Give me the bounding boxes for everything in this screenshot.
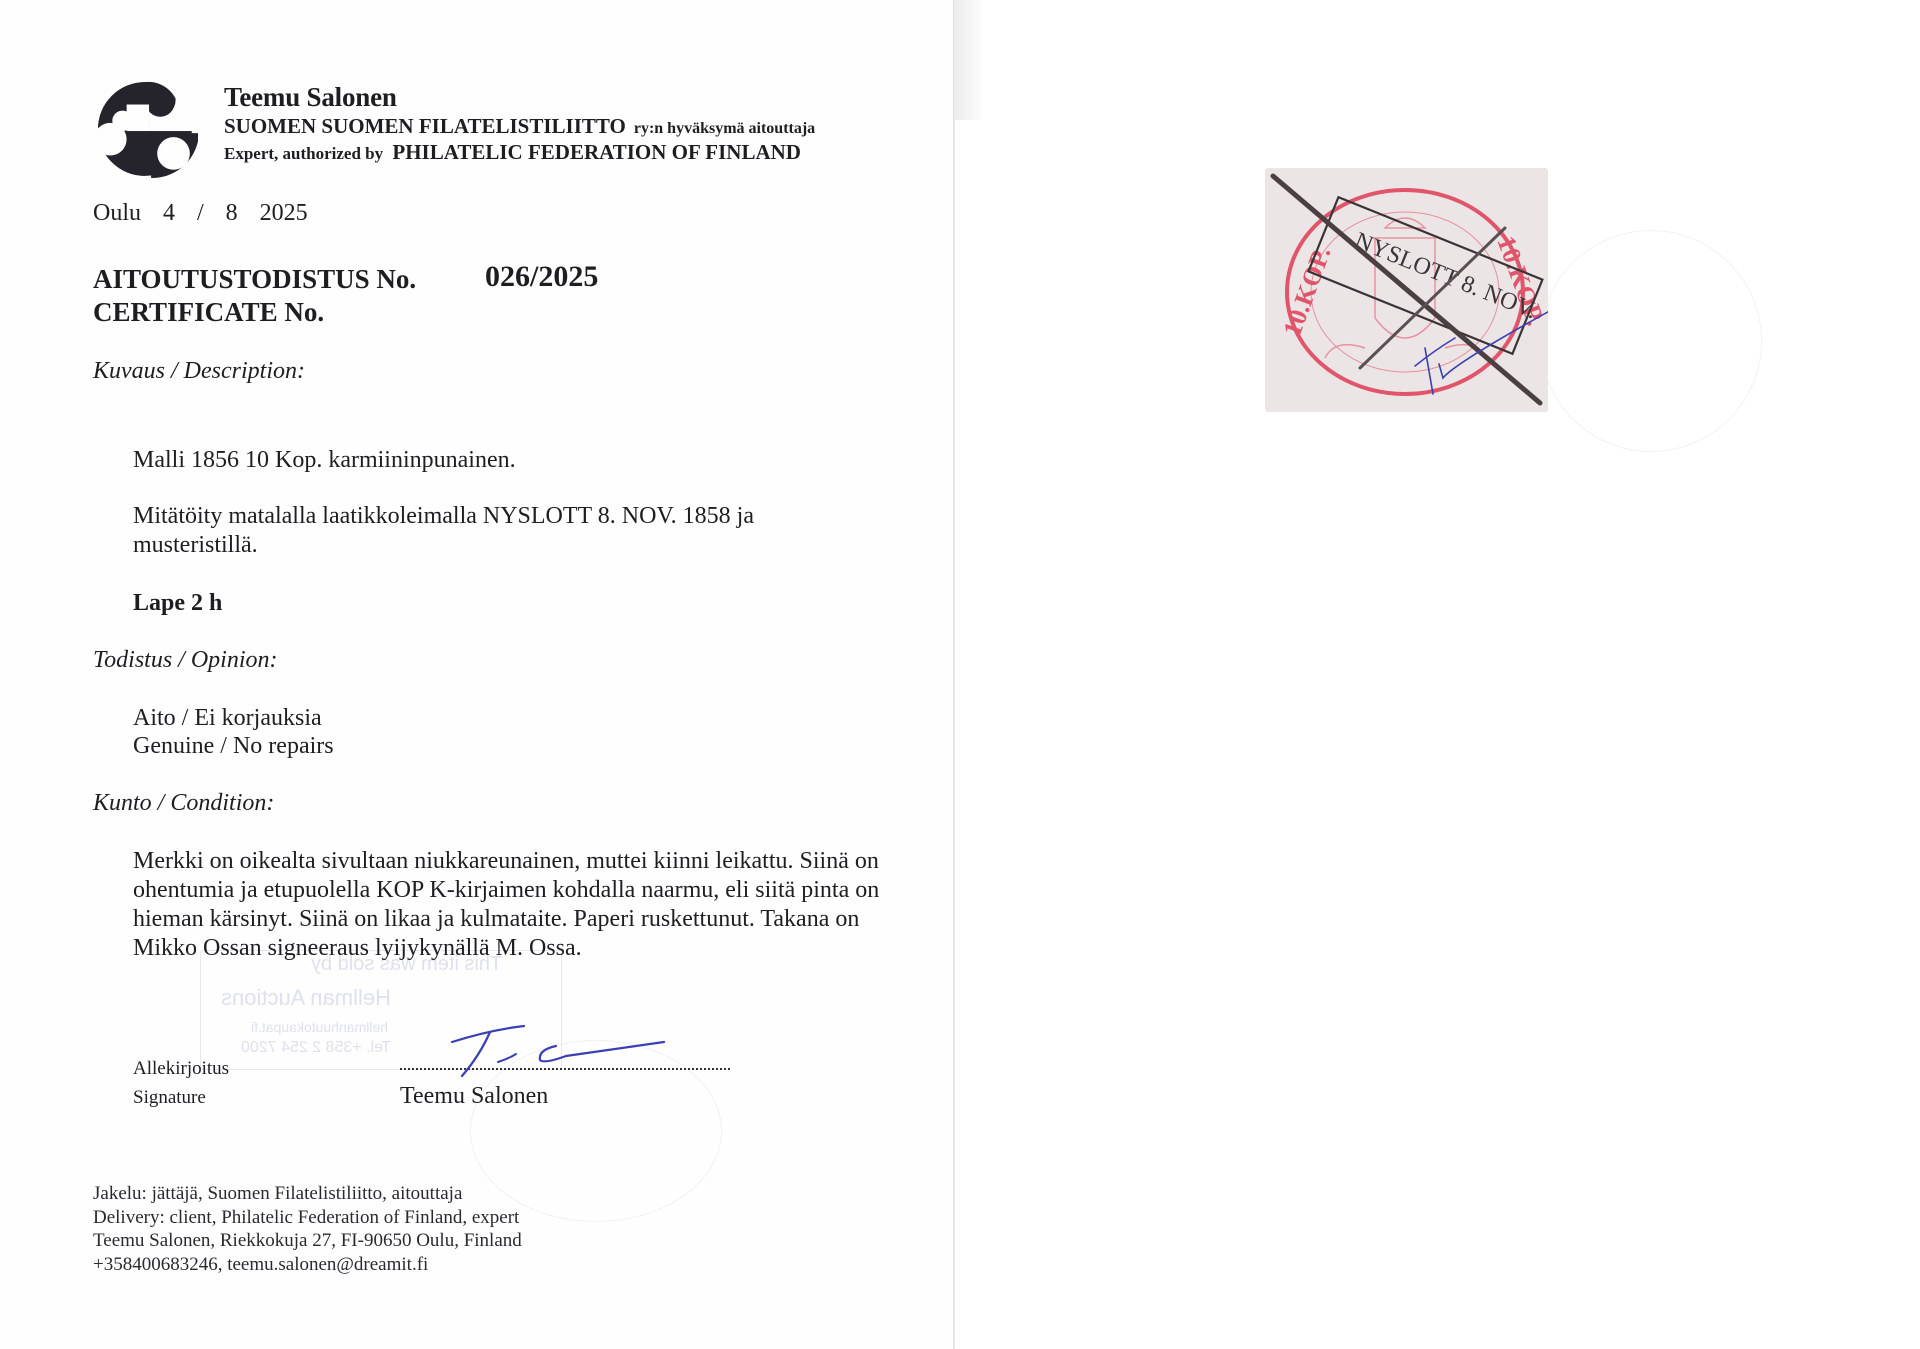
handwritten-signature xyxy=(440,1010,680,1080)
signature-label-en: Signature xyxy=(133,1087,206,1109)
authorized-org: PHILATELIC FEDERATION OF FINLAND xyxy=(392,140,801,164)
footer-line: +358400683246, teemu.salonen@dreamit.fi xyxy=(93,1253,522,1277)
signature-label-fi: Allekirjoitus xyxy=(133,1058,229,1080)
date-month: 8 xyxy=(226,200,238,226)
footer-line: Jakelu: jättäjä, Suomen Filatelistiliitt… xyxy=(93,1182,522,1206)
condition-text: Merkki on oikealta sivultaan niukkareuna… xyxy=(133,847,933,963)
ghost-line-3: hellmanhuutokaupat.fi xyxy=(251,1019,388,1035)
footer-line: Delivery: client, Philatelic Federation … xyxy=(93,1206,522,1230)
authorization-line: Expert, authorized by PHILATELIC FEDERAT… xyxy=(224,140,801,165)
ghost-line-4: Tel. +358 2 254 7200 xyxy=(241,1039,391,1057)
philatelic-federation-logo-icon xyxy=(96,80,198,178)
catalog-number: Lape 2 h xyxy=(133,590,222,617)
page-fold-shadow xyxy=(955,0,985,120)
date-separator: / xyxy=(197,200,204,226)
description-line-2b: musteristillä. xyxy=(133,532,258,559)
date-place: Oulu xyxy=(93,200,141,226)
page-fold-line xyxy=(953,0,955,1349)
condition-line: Merkki on oikealta sivultaan niukkareuna… xyxy=(133,847,933,876)
postage-stamp-image: 10.KOP. 10.KOP. NYSLOTT 8. NOV. xyxy=(1265,168,1548,412)
certificate-label-en: CERTIFICATE No. xyxy=(93,297,324,328)
federation-approval: ry:n hyväksymä aitouttaja xyxy=(634,120,815,137)
certificate-label-fi: AITOUTUSTODISTUS No. xyxy=(93,264,416,295)
expert-name: Teemu Salonen xyxy=(224,82,397,113)
footer-line: Teemu Salonen, Riekkokuja 27, FI-90650 O… xyxy=(93,1229,522,1253)
certificate-number: 026/2025 xyxy=(485,260,598,294)
condition-line: ohentumia ja etupuolella KOP K-kirjaimen… xyxy=(133,876,933,905)
signer-name: Teemu Salonen xyxy=(400,1083,548,1110)
date-day: 4 xyxy=(163,200,175,226)
condition-line: hieman kärsinyt. Siinä on likaa ja kulma… xyxy=(133,905,933,934)
federation-name: SUOMEN SUOMEN FILATELISTILIITTO xyxy=(224,114,626,138)
condition-line: Mikko Ossan signeeraus lyijykynällä M. O… xyxy=(133,934,933,963)
issue-date: Oulu4/82025 xyxy=(93,200,330,227)
ghost-line-2: Hellman Auctions xyxy=(221,985,391,1011)
description-heading: Kuvaus / Description: xyxy=(93,358,305,385)
federation-line: SUOMEN SUOMEN FILATELISTILIITTOry:n hyvä… xyxy=(224,114,815,139)
opinion-en: Genuine / No repairs xyxy=(133,733,334,760)
description-line-2a: Mitätöity matalalla laatikkoleimalla NYS… xyxy=(133,503,754,530)
opinion-heading: Todistus / Opinion: xyxy=(93,647,278,674)
description-line-1: Malli 1856 10 Kop. karmiininpunainen. xyxy=(133,447,516,474)
faint-seal-right xyxy=(1540,230,1762,452)
authorized-prefix: Expert, authorized by xyxy=(224,144,383,163)
date-year: 2025 xyxy=(260,200,308,226)
distribution-footer: Jakelu: jättäjä, Suomen Filatelistiliitt… xyxy=(93,1182,522,1276)
opinion-fi: Aito / Ei korjauksia xyxy=(133,705,322,732)
condition-heading: Kunto / Condition: xyxy=(93,790,274,817)
